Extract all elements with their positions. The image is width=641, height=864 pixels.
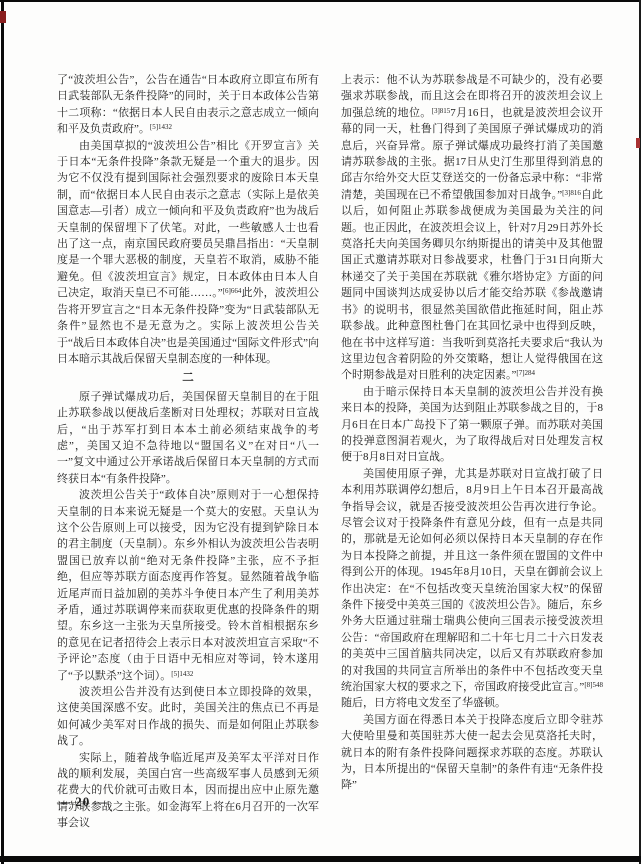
citation-superscript: [3]816 xyxy=(562,189,581,197)
citation-superscript: [6]664 xyxy=(223,287,242,295)
paragraph: 了“波茨坦公告”，公告在通告“日本政府立即宣布所有日武装部队无条件投降”的同时，… xyxy=(57,72,319,138)
citation-superscript: [5]1432 xyxy=(150,123,172,131)
right-column: 上表示：他不认为苏联参战是不可缺少的，没有必要强求苏联参战，而且这会在即将召开的… xyxy=(341,72,603,832)
paragraph: 上表示：他不认为苏联参战是不可缺少的，没有必要强求苏联参战，而且这会在即将召开的… xyxy=(341,72,603,384)
scan-artifact-mark-topleft xyxy=(0,11,6,23)
scan-border-bottom xyxy=(0,856,641,862)
scan-artifact-mark-right xyxy=(636,138,640,148)
citation-superscript: [8]548 xyxy=(584,681,603,689)
paragraph: 美国使用原子弹，尤其是苏联对日宣战打破了日本利用苏联调停幻想后，8月9日上午日本… xyxy=(341,466,603,712)
citation-superscript: [3]815 xyxy=(432,107,451,115)
paragraph: 波茨坦公告并没有达到使日本立即投降的效果，这使美国深感不安。此时，美国关注的焦点… xyxy=(57,684,319,750)
paragraph: 原子弹试爆成功后，美国保留天皇制目的在于阻止苏联参战以便战后垄断对日处理权；苏联… xyxy=(57,389,319,487)
citation-superscript: [7]284 xyxy=(516,369,535,377)
scan-border-left xyxy=(1,0,4,864)
page-number: — 20 — xyxy=(57,794,109,810)
text-columns: 了“波茨坦公告”，公告在通告“日本政府立即宣布所有日武装部队无条件投降”的同时，… xyxy=(57,72,603,832)
section-heading: 二 xyxy=(57,370,319,386)
scanned-paper-page: 了“波茨坦公告”，公告在通告“日本政府立即宣布所有日武装部队无条件投降”的同时，… xyxy=(0,0,641,864)
left-column: 了“波茨坦公告”，公告在通告“日本政府立即宣布所有日武装部队无条件投降”的同时，… xyxy=(57,72,319,832)
paragraph: 波茨坦公告关于“政体自决”原则对于一心想保持天皇制的日本来说无疑是一个莫大的安慰… xyxy=(57,487,319,684)
paragraph: 实际上，随着战争临近尾声及美军太平洋对日作战的顺利发展，美国白宫一些高级军事人员… xyxy=(57,750,319,832)
paragraph: 由美国草拟的“波茨坦公告”相比《开罗宣言》关于日本“无条件投降”条款无疑是一个重… xyxy=(57,138,319,368)
paragraph: 由于暗示保持日本天皇制的波茨坦公告并没有换来日本的投降，美国为达到阻止苏联参战之… xyxy=(341,384,603,466)
paragraph: 美国方面在得悉日本关于投降态度后立即令驻苏大使哈里曼和英国驻苏大使一起去会见莫洛… xyxy=(341,712,603,794)
scan-border-top xyxy=(0,0,641,2)
citation-superscript: [5]1432 xyxy=(171,669,193,677)
